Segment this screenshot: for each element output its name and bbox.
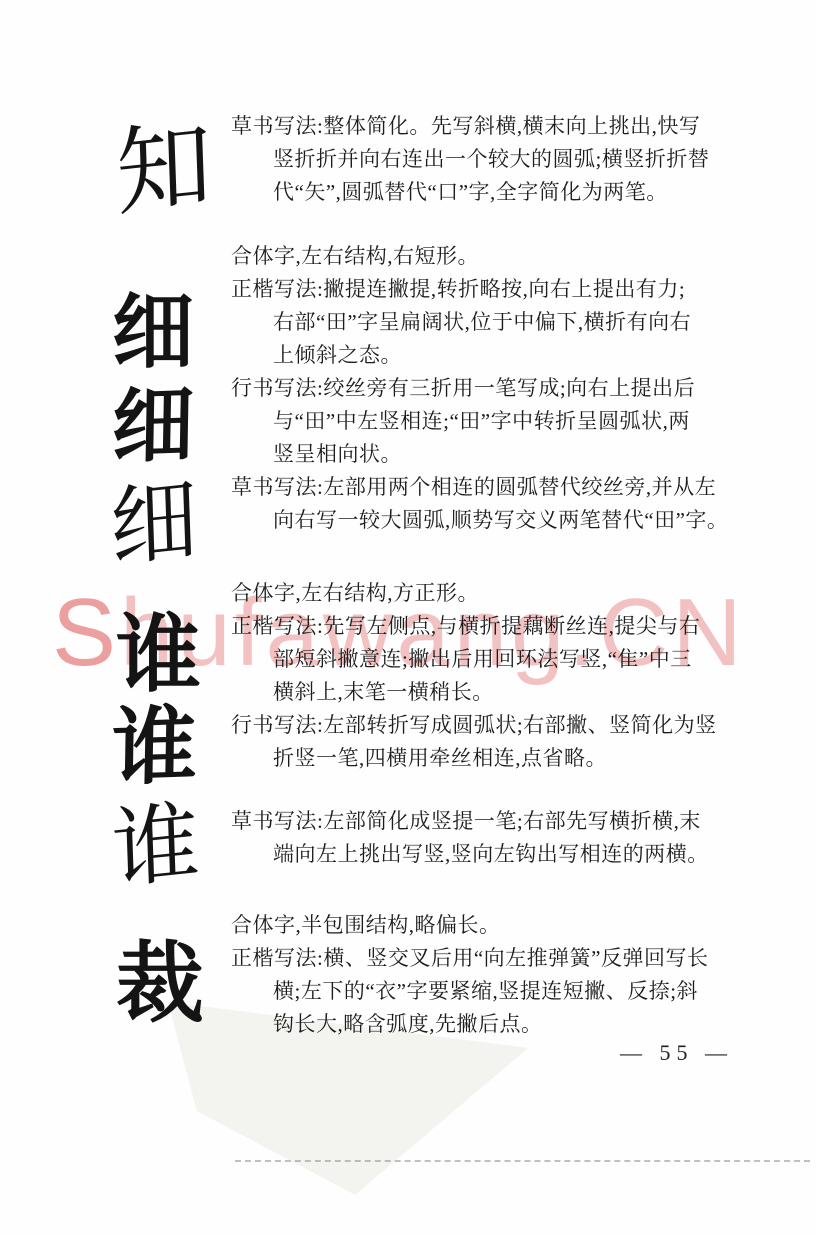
calligraphy-glyph-shui-caoshu: 谁 — [111, 799, 202, 896]
text-line: 正楷写法:横、竖交叉后用“向左推弹簧”反弹回写长 — [231, 942, 733, 975]
calligraphy-glyph-xi-xingshu: 细 — [111, 385, 195, 470]
text-line: 合体字,半包围结构,略偏长。 — [231, 909, 733, 942]
paragraph-kaishu-cai: 正楷写法:横、竖交叉后用“向左推弹簧”反弹回写长 横;左下的“衣”字要紧缩,竖提… — [231, 942, 733, 1041]
calligraphy-glyph-zhi-caoshu: 知 — [115, 117, 214, 223]
structure-note-cai: 合体字,半包围结构,略偏长。 — [231, 909, 733, 942]
text-line: 端向左上挑出写竖,竖向左钩出写相连的两横。 — [273, 838, 733, 871]
paragraph-kaishu-xi: 正楷写法:撇提连撇提,转折略按,向右上提出有力; 右部“田”字呈扁阔状,位于中偏… — [231, 273, 733, 372]
text-line: 草书写法:左部用两个相连的圆弧替代绞丝旁,并从左 — [231, 471, 733, 504]
text-line: 右部“田”字呈扁阔状,位于中偏下,横折有向右 — [273, 306, 733, 339]
text-column: 草书写法:整体简化。先写斜横,横末向上挑出,快写 竖折折并向右连出一个较大的圆弧… — [231, 110, 733, 1041]
text-line: 上倾斜之态。 — [273, 339, 733, 372]
text-line: 部短斜撇意连;撇出后用回环法写竖,“隹”中三 — [273, 643, 733, 676]
calligraphy-glyph-xi-caoshu: 细 — [109, 477, 200, 574]
text-line: 草书写法:整体简化。先写斜横,横末向上挑出,快写 — [231, 110, 733, 143]
calligraphy-glyph-shui-kaishu: 谁 — [116, 614, 201, 699]
paragraph-xingshu-shui: 行书写法:左部转折写成圆弧状;右部撇、竖简化为竖 折竖一笔,四横用牵丝相连,点省… — [231, 709, 733, 775]
paragraph-caoshu-xi: 草书写法:左部用两个相连的圆弧替代绞丝旁,并从左 向右写一较大圆弧,顺势写交义两… — [231, 471, 733, 537]
text-line: 合体字,左右结构,右短形。 — [231, 240, 733, 273]
text-line: 竖折折并向右连出一个较大的圆弧;横竖折折替 — [273, 143, 733, 176]
paragraph-kaishu-shui: 正楷写法:先写左侧点,与横折提藕断丝连,提尖与右 部短斜撇意连;撇出后用回环法写… — [231, 610, 733, 709]
text-line: 正楷写法:先写左侧点,与横折提藕断丝连,提尖与右 — [231, 610, 733, 643]
calligraphy-glyph-xi-kaishu: 细 — [112, 292, 194, 374]
text-line: 与“田”中左竖相连;“田”字中转折呈圆弧状,两 — [273, 405, 733, 438]
paragraph-caoshu-zhi: 草书写法:整体简化。先写斜横,横末向上挑出,快写 竖折折并向右连出一个较大的圆弧… — [231, 110, 733, 209]
page-number: — 55 — — [620, 1040, 733, 1066]
structure-note-shui: 合体字,左右结构,方正形。 — [231, 577, 733, 610]
text-line: 合体字,左右结构,方正形。 — [231, 577, 733, 610]
text-line: 横;左下的“衣”字要紧缩,竖提连短撇、反捺;斜 — [273, 975, 733, 1008]
text-line: 代“矢”,圆弧替代“口”字,全字简化为两笔。 — [273, 176, 733, 209]
text-line: 折竖一笔,四横用牵丝相连,点省略。 — [273, 742, 733, 775]
structure-note-xi: 合体字,左右结构,右短形。 — [231, 240, 733, 273]
paragraph-caoshu-shui: 草书写法:左部简化成竖提一笔;右部先写横折横,末 端向左上挑出写竖,竖向左钩出写… — [231, 805, 733, 871]
text-line: 行书写法:左部转折写成圆弧状;右部撇、竖简化为竖 — [231, 709, 733, 742]
text-line: 横斜上,末笔一横稍长。 — [273, 676, 733, 709]
scan-artifact-line — [235, 1160, 810, 1162]
text-line: 草书写法:左部简化成竖提一笔;右部先写横折横,末 — [231, 805, 733, 838]
book-page: Shufawang.CN 知 细 细 细 谁 谁 谁 裁 草书写法:整体简化。先… — [0, 0, 816, 1235]
calligraphy-glyph-shui-xingshu: 谁 — [111, 705, 198, 793]
text-line: 向右写一较大圆弧,顺势写交义两笔替代“田”字。 — [273, 504, 733, 537]
paragraph-xingshu-xi: 行书写法:绞丝旁有三折用一笔写成;向右上提出后 与“田”中左竖相连;“田”字中转… — [231, 372, 733, 471]
text-line: 正楷写法:撇提连撇提,转折略按,向右上提出有力; — [231, 273, 733, 306]
text-line: 竖呈相向状。 — [273, 438, 733, 471]
text-line: 行书写法:绞丝旁有三折用一笔写成;向右上提出后 — [231, 372, 733, 405]
calligraphy-glyph-cai-kaishu: 裁 — [116, 942, 204, 1030]
text-line: 钩长大,略含弧度,先撇后点。 — [273, 1008, 733, 1041]
